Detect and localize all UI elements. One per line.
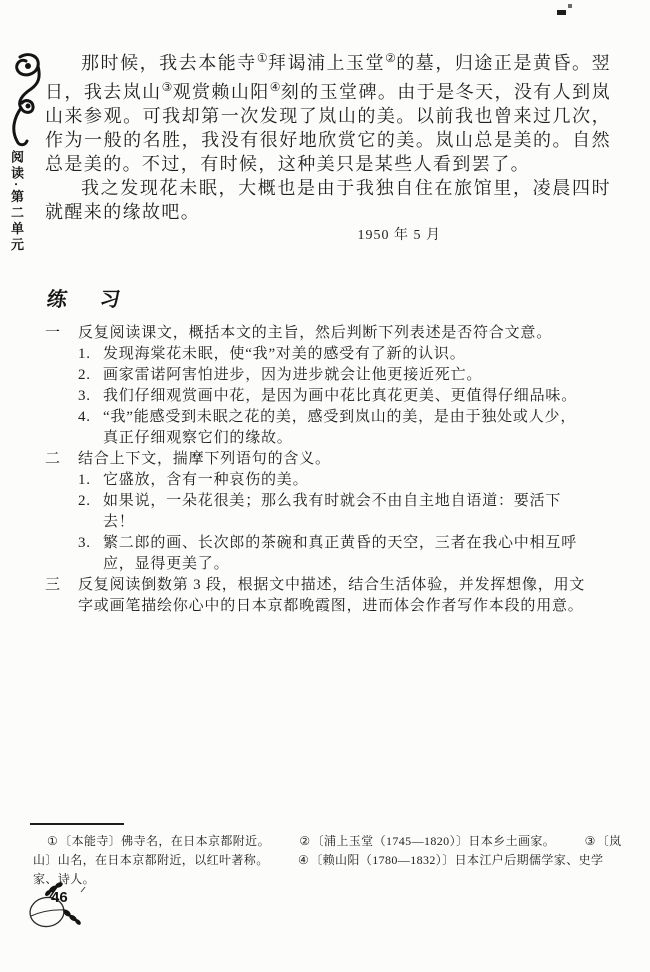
exercise-item: 4. “我”能感受到未眠之花的美，感受到岚山的美，是由于独处或人少，真正仔细观察… xyxy=(78,407,591,449)
exercise-item: 1. 发现海棠花未眠，使“我”对美的感受有了新的认识。 xyxy=(78,344,591,365)
footnote-ref: ④ xyxy=(298,853,309,867)
exercises-heading: 练 习 xyxy=(45,289,592,311)
section-intro: 反复阅读倒数第 3 段，根据文中描述，结合生活体验，并发挥想像，用文字或画笔描绘… xyxy=(78,575,591,617)
exercise-section-2: 二 结合上下文，揣摩下列语句的含义。 1. 它盛放，含有一种哀伤的美。 2. 如… xyxy=(45,449,591,575)
item-number: 3. xyxy=(78,533,103,554)
item-text: 如果说，一朵花很美；那么我有时就会不由自主地自语道：要活下去！ xyxy=(103,491,591,533)
exercise-item: 2. 如果说，一朵花很美；那么我有时就会不由自主地自语道：要活下去！ xyxy=(78,491,591,533)
scan-speck xyxy=(568,4,572,8)
item-text: “我”能感受到未眠之花的美，感受到岚山的美，是由于独处或人少，真正仔细观察它们的… xyxy=(103,407,591,449)
footnote-ref-1: ① xyxy=(257,51,268,65)
date-line: 1950 年 5 月 xyxy=(45,224,611,248)
footnote-text: 〔本能寺〕佛寺名，在日本京都附近。 xyxy=(59,834,270,848)
section-marker: 二 xyxy=(45,449,78,470)
item-text: 我们仔细观赏画中花，是因为画中花比真花更美、更值得仔细品味。 xyxy=(103,386,591,407)
exercise-item: 3. 我们仔细观赏画中花，是因为画中花比真花更美、更值得仔细品味。 xyxy=(78,386,591,407)
item-number: 1. xyxy=(78,470,103,491)
passage-text: 观赏赖山阳 xyxy=(173,82,270,102)
footnote-ref-2: ② xyxy=(385,51,396,65)
footnote-2: ②〔浦上玉堂（1745—1820）〕日本乡土画家。 xyxy=(299,834,555,848)
sidebar-unit-label: 阅读·第二单元 xyxy=(7,150,26,280)
passage-text: 那时候，我去本能寺 xyxy=(81,53,257,73)
item-text: 画家雷诺阿害怕进步，因为进步就会让他更接近死亡。 xyxy=(103,365,591,386)
section-intro: 反复阅读课文，概括本文的主旨，然后判断下列表述是否符合文意。 xyxy=(78,323,591,344)
item-text: 繁二郎的画、长次郎的茶碗和真正黄昏的天空，三者在我心中相互呼应，显得更美了。 xyxy=(103,533,591,575)
book-page: 阅读·第二单元 那时候，我去本能寺①拜谒浦上玉堂②的墓，归途正是黄昏。翌日，我去… xyxy=(0,0,650,972)
section-marker: 一 xyxy=(45,323,78,344)
footnotes: ①〔本能寺〕佛寺名，在日本京都附近。 ②〔浦上玉堂（1745—1820）〕日本乡… xyxy=(33,832,627,889)
paragraph-1: 那时候，我去本能寺①拜谒浦上玉堂②的墓，归途正是黄昏。翌日，我去岚山③观赏赖山阳… xyxy=(45,46,611,176)
item-number: 2. xyxy=(78,365,103,386)
scan-speck xyxy=(557,10,566,15)
exercise-item: 3. 繁二郎的画、长次郎的茶碗和真正黄昏的天空，三者在我心中相互呼应，显得更美了… xyxy=(78,533,591,575)
item-text: 它盛放，含有一种哀伤的美。 xyxy=(103,470,591,491)
exercise-section-3: 三 反复阅读倒数第 3 段，根据文中描述，结合生活体验，并发挥想像，用文字或画笔… xyxy=(45,575,591,617)
page-number: 46 xyxy=(51,889,68,906)
passage: 那时候，我去本能寺①拜谒浦上玉堂②的墓，归途正是黄昏。翌日，我去岚山③观赏赖山阳… xyxy=(45,46,611,248)
item-number: 1. xyxy=(78,344,103,365)
footnote-ref-3: ③ xyxy=(162,80,173,94)
footnote-text: 〔浦上玉堂（1745—1820）〕日本乡土画家。 xyxy=(312,834,556,848)
exercise-item: 2. 画家雷诺阿害怕进步，因为进步就会让他更接近死亡。 xyxy=(78,365,591,386)
item-number: 2. xyxy=(78,491,103,512)
section-intro: 结合上下文，揣摩下列语句的含义。 xyxy=(78,449,591,470)
flourish-ornament-icon xyxy=(4,50,46,152)
section-marker: 三 xyxy=(45,575,78,596)
item-number: 4. xyxy=(78,407,103,428)
footnote-ref: ① xyxy=(47,834,58,848)
exercise-item: 1. 它盛放，含有一种哀伤的美。 xyxy=(78,470,591,491)
item-text: 发现海棠花未眠，使“我”对美的感受有了新的认识。 xyxy=(103,344,591,365)
passage-text: 拜谒浦上玉堂 xyxy=(268,53,385,73)
footnote-ref: ② xyxy=(299,834,310,848)
exercises-section: 练 习 一 反复阅读课文，概括本文的主旨，然后判断下列表述是否符合文意。 1. … xyxy=(45,289,591,617)
footnote-ref: ③ xyxy=(585,834,596,848)
footnote-ref-4: ④ xyxy=(270,80,281,94)
item-number: 3. xyxy=(78,386,103,407)
footnote-1: ①〔本能寺〕佛寺名，在日本京都附近。 xyxy=(47,834,270,848)
page-number-ornament: 46 xyxy=(20,878,92,940)
footnote-divider xyxy=(30,823,124,825)
paragraph-2: 我之发现花未眠，大概也是由于我独自住在旅馆里，凌晨四时就醒来的缘故吧。 xyxy=(45,176,611,224)
exercise-section-1: 一 反复阅读课文，概括本文的主旨，然后判断下列表述是否符合文意。 1. 发现海棠… xyxy=(45,323,591,449)
